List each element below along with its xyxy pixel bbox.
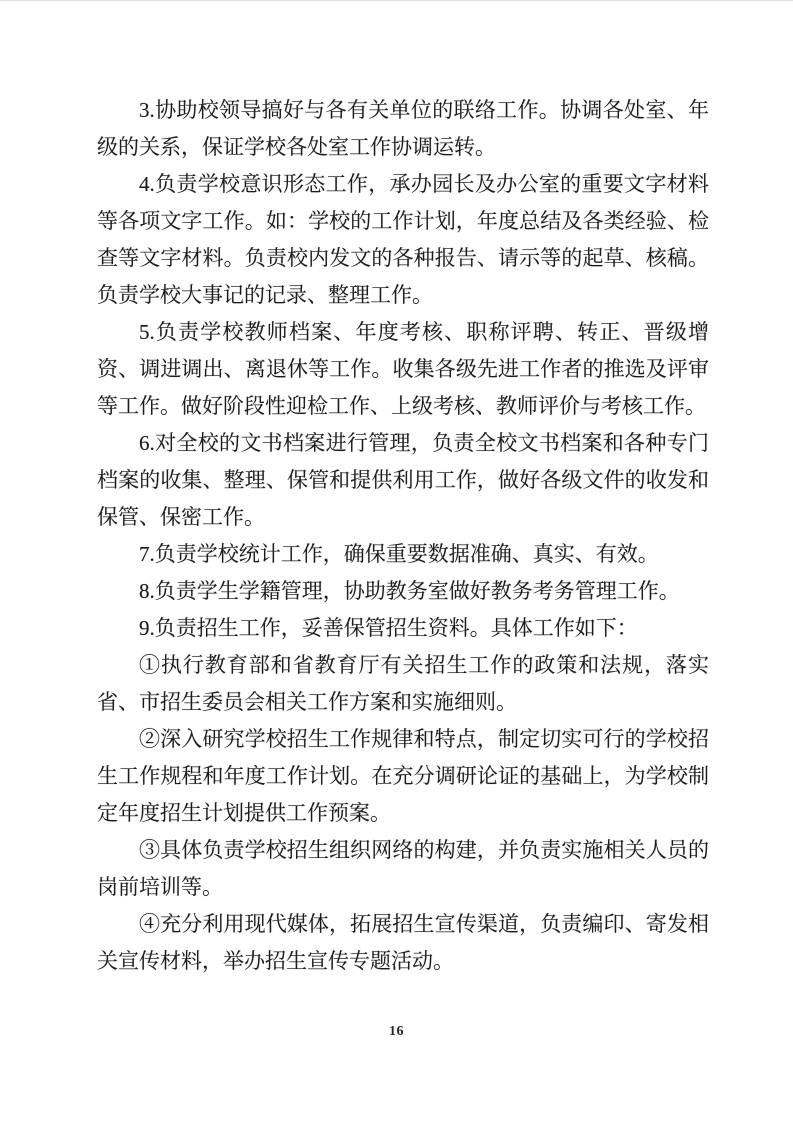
paragraph-6: 6.对全校的文书档案进行管理，负责全校文书档案和各种专门档案的收集、整理、保管和… (97, 425, 709, 536)
paragraph-3: 3.协助校领导搞好与各有关单位的联络工作。协调各处室、年级的关系，保证学校各处室… (97, 92, 709, 166)
paragraph-8: 8.负责学生学籍管理，协助教务室做好教务考务管理工作。 (97, 573, 709, 610)
page-number: 16 (0, 1024, 793, 1040)
paragraph-4: 4.负责学校意识形态工作，承办园长及办公室的重要文字材料等各项文字工作。如：学校… (97, 166, 709, 314)
subitem-3: ③具体负责学校招生组织网络的构建，并负责实施相关人员的岗前培训等。 (97, 832, 709, 906)
paragraph-9: 9.负责招生工作，妥善保管招生资料。具体工作如下： (97, 610, 709, 647)
page-top-edge (0, 0, 793, 2)
subitem-1: ①执行教育部和省教育厅有关招生工作的政策和法规，落实省、市招生委员会相关工作方案… (97, 647, 709, 721)
subitem-4: ④充分利用现代媒体，拓展招生宣传渠道，负责编印、寄发相关宣传材料，举办招生宣传专… (97, 906, 709, 980)
paragraph-5: 5.负责学校教师档案、年度考核、职称评聘、转正、晋级增资、调进调出、离退休等工作… (97, 314, 709, 425)
document-body: 3.协助校领导搞好与各有关单位的联络工作。协调各处室、年级的关系，保证学校各处室… (97, 92, 709, 980)
paragraph-7: 7.负责学校统计工作，确保重要数据准确、真实、有效。 (97, 536, 709, 573)
document-page: 3.协助校领导搞好与各有关单位的联络工作。协调各处室、年级的关系，保证学校各处室… (0, 0, 793, 1122)
subitem-2: ②深入研究学校招生工作规律和特点，制定切实可行的学校招生工作规程和年度工作计划。… (97, 721, 709, 832)
